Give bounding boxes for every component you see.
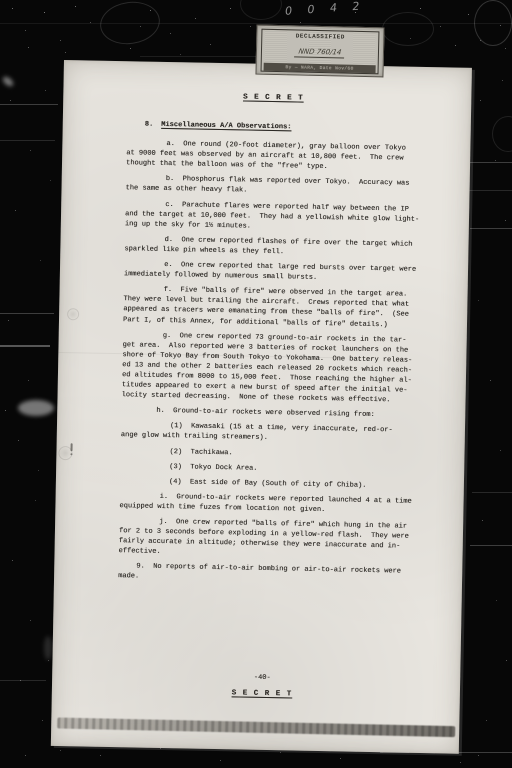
smudge-band: [57, 717, 455, 737]
scanner-noise-speckles: [0, 0, 1, 1]
paragraph-d: d. One crew reported flashes of fire ove…: [124, 234, 416, 260]
scratch-line: [470, 162, 512, 163]
chalk-circle: [492, 116, 512, 152]
document-body: S E C R E T 8.Miscellaneous A/A Observat…: [118, 61, 420, 587]
declassified-stamp: DECLASSIFIED NND 760/14 By — NARA, Date …: [255, 25, 384, 78]
classification-header: S E C R E T: [127, 91, 419, 105]
paragraph-e: e. One crew reported that large red burs…: [124, 259, 416, 285]
subitem-4: (4) East side of Bay (South of city of C…: [120, 476, 412, 492]
section-title: Miscellaneous A/A Observations:: [161, 121, 291, 131]
subitem-1: (1) Kawasaki (15 at a time, very inaccur…: [121, 421, 413, 447]
stamp-frame: DECLASSIFIED NND 760/14 By — NARA, Date …: [261, 29, 380, 75]
paragraph-c: c. Parachute flares were reported half w…: [125, 199, 418, 235]
stamp-title: DECLASSIFIED: [264, 32, 376, 42]
scanner-scuff: [44, 636, 52, 660]
scratch-line: [472, 492, 512, 493]
paragraph-g: g. One crew reported 73 ground-to-air ro…: [121, 330, 414, 406]
document-page: S E C R E T 8.Miscellaneous A/A Observat…: [51, 60, 472, 754]
classification-footer: S E C R E T: [116, 687, 408, 701]
scratch-line: [0, 104, 58, 105]
stamp-authority: NND 760/14: [263, 47, 376, 58]
page-number: -40-: [116, 671, 408, 685]
subitem-3: (3) Tokyo Dock Area.: [120, 461, 412, 477]
pen-mark: [70, 443, 72, 451]
scratch-line: [470, 545, 512, 546]
paragraph-a: a. One round (20-foot diameter), gray ba…: [126, 138, 419, 174]
paragraph-b: b. Phosphorus flak was reported over Tok…: [125, 174, 417, 200]
chalk-circle: [382, 12, 434, 46]
subitem-2: (2) Tachikawa.: [120, 446, 412, 462]
paragraph-i: i. Ground-to-air rockets were reported l…: [119, 491, 411, 517]
scratch-line: [0, 345, 50, 347]
scratch-line: [0, 140, 55, 141]
page-footer: -40- S E C R E T: [116, 671, 408, 701]
scratch-line: [140, 56, 260, 57]
scratch-line: [470, 228, 512, 229]
paragraph-j: j. One crew reported "balls of fire" whi…: [118, 516, 411, 562]
punch-hole: [67, 308, 79, 320]
scratch-line: [468, 190, 512, 191]
paragraph-9: 9. No reports of air-to-air bombing or a…: [118, 562, 410, 588]
section-heading: 8.Miscellaneous A/A Observations:: [127, 119, 419, 135]
handwritten-frame-code: 0 0 4 2: [285, 0, 366, 18]
scratch-line: [0, 680, 46, 681]
scanner-scuff: [18, 400, 54, 416]
scratch-line: [0, 313, 54, 314]
paragraph-h: h. Ground-to-air rockets were observed r…: [121, 405, 413, 421]
stamp-byline: By — NARA, Date Nov/60: [264, 63, 376, 74]
paragraph-f: f. Five "balls of fire" were observed in…: [123, 284, 416, 330]
scanner-scuff: [1, 75, 15, 88]
section-number: 8.: [145, 121, 154, 129]
chalk-circle: [240, 0, 282, 20]
